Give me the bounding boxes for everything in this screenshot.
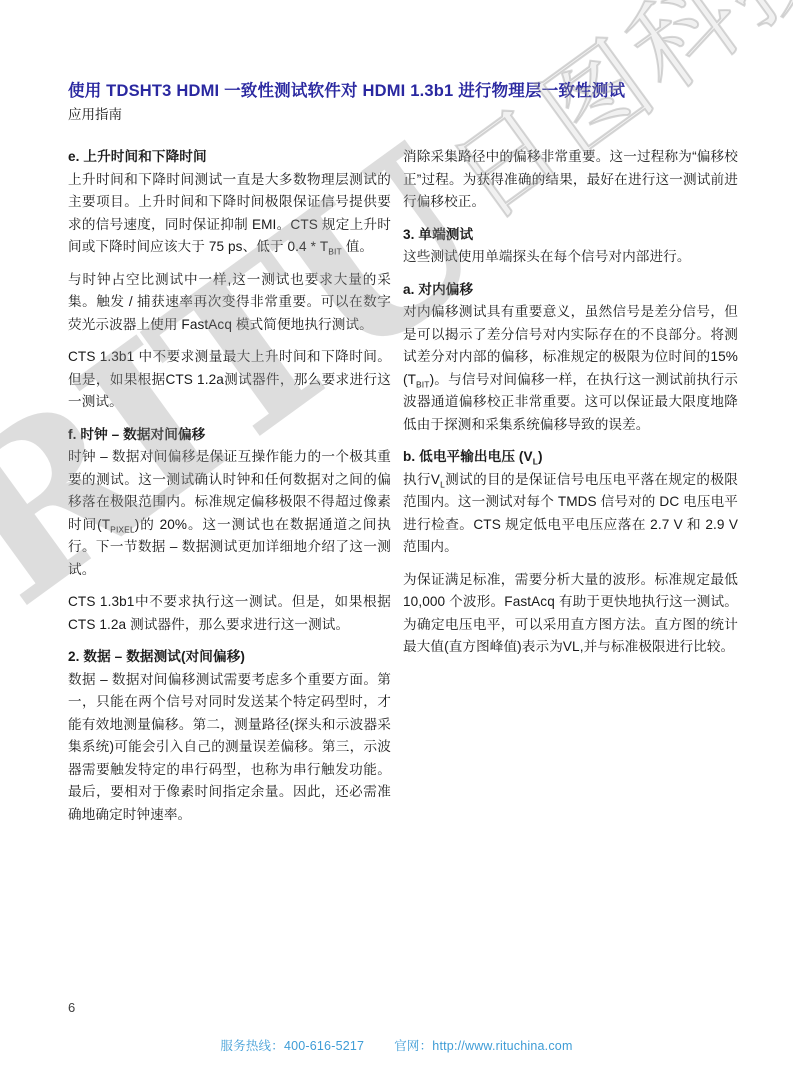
page-subtitle: 应用指南 <box>68 103 122 123</box>
section-heading: a. 对内偏移 <box>403 279 738 302</box>
footer-website-url[interactable]: http://www.rituchina.com <box>432 1039 572 1053</box>
column-left: e. 上升时间和下降时间上升时间和下降时间测试一直是大多数物理层测试的主要项目。… <box>68 146 391 836</box>
paragraph: 上升时间和下降时间测试一直是大多数物理层测试的主要项目。上升时间和下降时间极限保… <box>68 169 391 259</box>
document-page: 使用 TDSHT3 HDMI 一致性测试软件对 HDMI 1.3b1 进行物理层… <box>0 0 793 1077</box>
page-number: 6 <box>68 1000 75 1015</box>
paragraph: CTS 1.3b1中不要求执行这一测试。但是，如果根据CTS 1.2a 测试器件… <box>68 591 391 636</box>
section-heading: 2. 数据 – 数据测试(对间偏移) <box>68 646 391 669</box>
page-title: 使用 TDSHT3 HDMI 一致性测试软件对 HDMI 1.3b1 进行物理层… <box>68 77 625 101</box>
paragraph: 时钟 – 数据对间偏移是保证互操作能力的一个极其重要的测试。这一测试确认时钟和任… <box>68 446 391 581</box>
paragraph: 为保证满足标准，需要分析大量的波形。标准规定最低 10,000 个波形。Fast… <box>403 569 738 659</box>
paragraph: 消除采集路径中的偏移非常重要。这一过程称为“偏移校正”过程。为获得准确的结果，最… <box>403 146 738 214</box>
paragraph: 这些测试使用单端探头在每个信号对内部进行。 <box>403 246 738 269</box>
section-heading: f. 时钟 – 数据对间偏移 <box>68 424 391 447</box>
section-heading: 3. 单端测试 <box>403 224 738 247</box>
paragraph: 对内偏移测试具有重要意义，虽然信号是差分信号，但是可以揭示了差分信号对内实际存在… <box>403 301 738 436</box>
paragraph: 数据 – 数据对间偏移测试需要考虑多个重要方面。第一，只能在两个信号对同时发送某… <box>68 669 391 827</box>
section-heading: e. 上升时间和下降时间 <box>68 146 391 169</box>
footer-website-label: 官网： <box>394 1039 432 1053</box>
paragraph: 与时钟占空比测试中一样,这一测试也要求大量的采集。触发 / 捕获速率再次变得非常… <box>68 269 391 337</box>
footer-hotline-number: 400-616-5217 <box>284 1039 364 1053</box>
page-footer: 服务热线：400-616-5217官网：http://www.rituchina… <box>0 1036 793 1054</box>
paragraph: 执行VL测试的目的是保证信号电压电平落在规定的极限范围内。这一测试对每个 TMD… <box>403 469 738 559</box>
paragraph: CTS 1.3b1 中不要求测量最大上升时间和下降时间。但是，如果根据CTS 1… <box>68 346 391 414</box>
column-right: 消除采集路径中的偏移非常重要。这一过程称为“偏移校正”过程。为获得准确的结果，最… <box>403 146 738 669</box>
footer-hotline-label: 服务热线： <box>220 1039 284 1053</box>
section-heading: b. 低电平输出电压 (VL) <box>403 446 738 469</box>
